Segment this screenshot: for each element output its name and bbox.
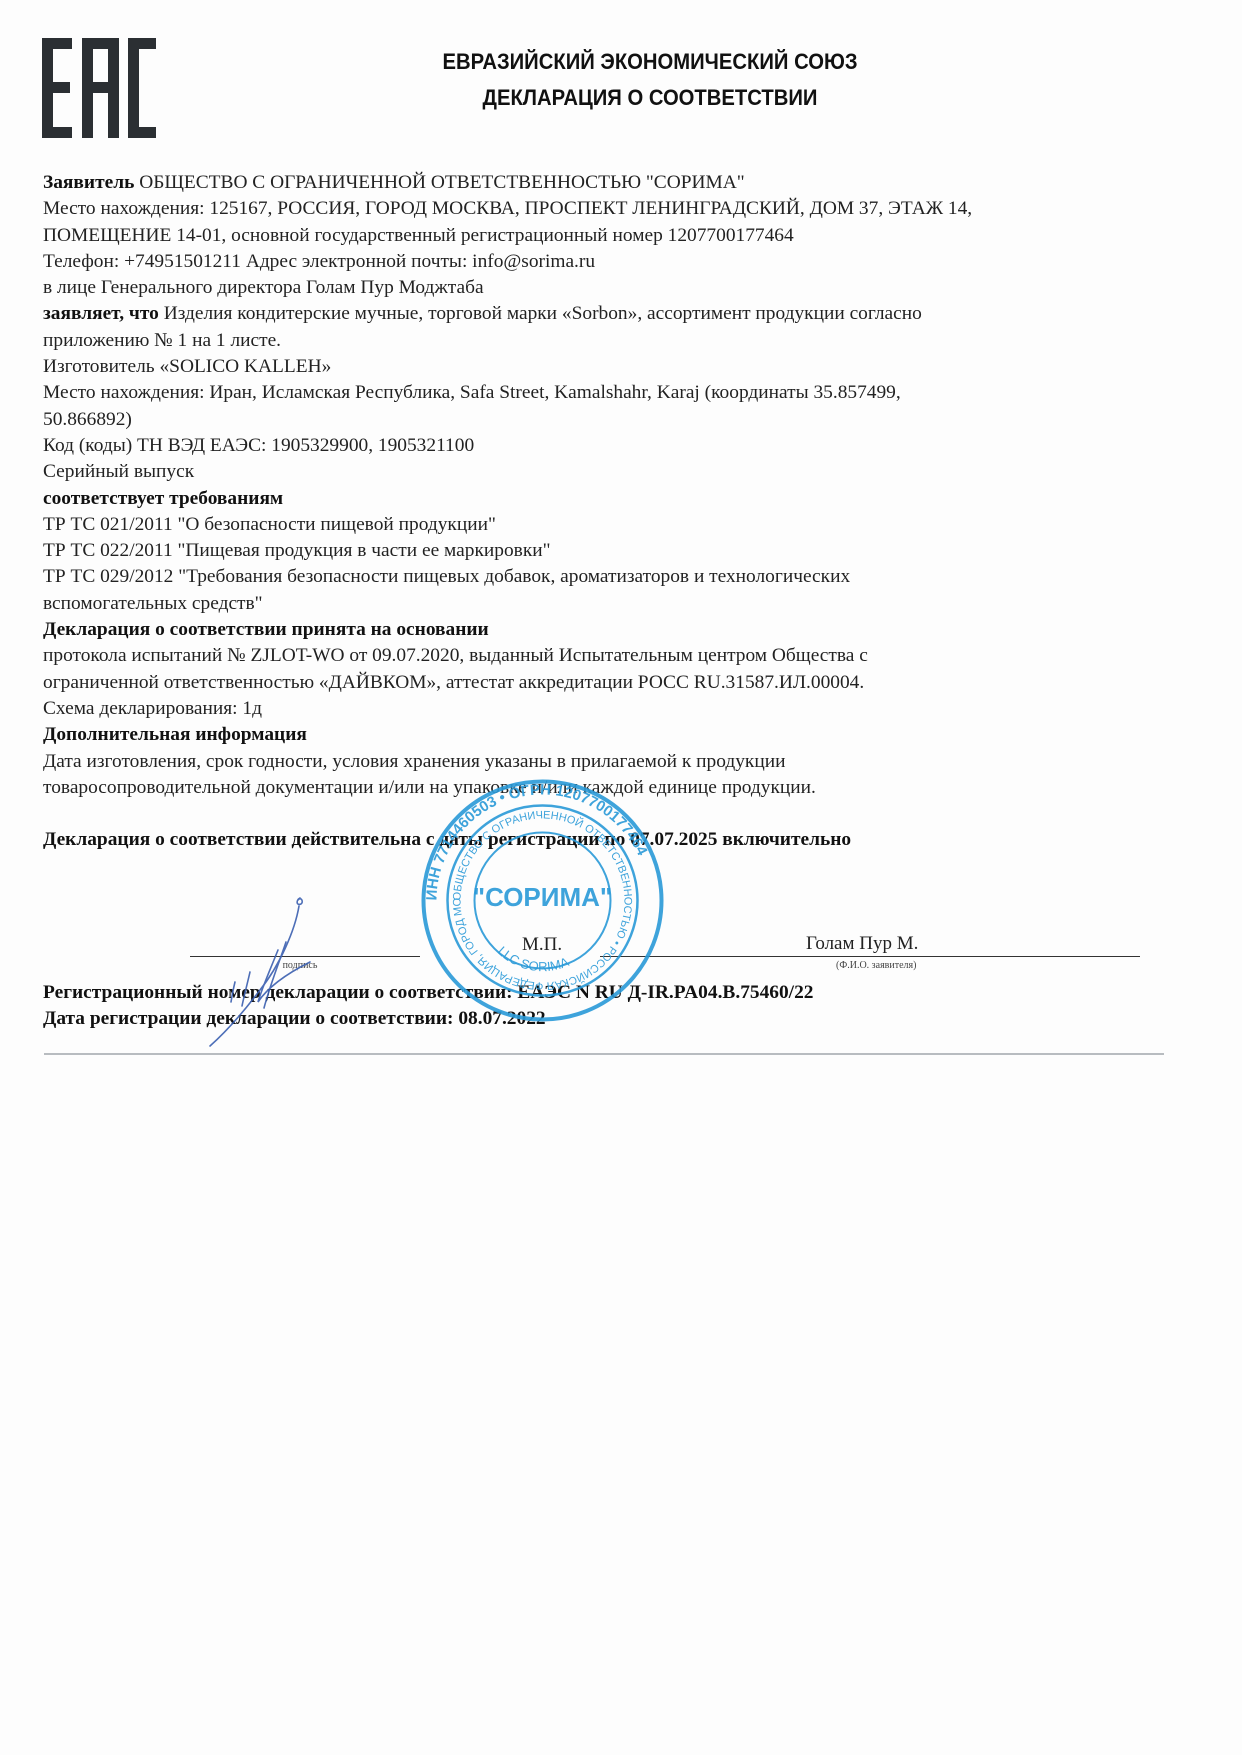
handwritten-signature-icon (200, 890, 330, 1050)
applicant-name: ОБЩЕСТВО С ОГРАНИЧЕННОЙ ОТВЕТСТВЕННОСТЬЮ… (134, 172, 744, 193)
declares-line: заявляет, что Изделия кондитерские мучны… (43, 301, 1183, 327)
product-description-2: приложению № 1 на 1 листе. (43, 328, 1183, 354)
header-union-title: ЕВРАЗИЙСКИЙ ЭКОНОМИЧЕСКИЙ СОЮЗ (356, 44, 945, 80)
declares-label: заявляет, что (43, 303, 159, 324)
release-type: Серийный выпуск (43, 459, 1183, 485)
stamp-bottom-text: LLC SORIMA (495, 943, 571, 974)
signer-name: Голам Пур М. (806, 933, 918, 955)
declaration-body: Заявитель ОБЩЕСТВО С ОГРАНИЧЕННОЙ ОТВЕТС… (43, 170, 1183, 853)
declaration-scheme: Схема декларирования: 1д (43, 696, 1183, 722)
manufacturer-address-2: 50.866892) (43, 407, 1183, 433)
basis-label: Декларация о соответствии принята на осн… (43, 617, 1183, 643)
stamp-center-text: "СОРИМА" (473, 882, 612, 912)
requirement-item: ТР ТС 021/2011 "О безопасности пищевой п… (43, 512, 1183, 538)
product-description: Изделия кондитерские мучные, торговой ма… (159, 303, 922, 324)
manufacturer-name: Изготовитель «SOLICO KALLEH» (43, 354, 1183, 380)
requirement-item: вспомогательных средств" (43, 591, 1183, 617)
applicant-address-1: Место нахождения: 125167, РОССИЯ, ГОРОД … (43, 196, 1183, 222)
bottom-divider (44, 1053, 1164, 1055)
applicant-label: Заявитель (43, 172, 134, 193)
signer-caption: (Ф.И.О. заявителя) (836, 960, 916, 971)
basis-protocol-1: протокола испытаний № ZJLOT-WO от 09.07.… (43, 643, 1183, 669)
company-seal-stamp-icon: ИНН 7714460503 • ОГРН 1207700177464 ОБЩЕ… (420, 778, 665, 1023)
signer-name-line (600, 956, 1140, 957)
additional-info-label: Дополнительная информация (43, 722, 1183, 748)
basis-protocol-2: ограниченной ответственностью «ДАЙВКОМ»,… (43, 670, 1183, 696)
applicant-representative: в лице Генерального директора Голам Пур … (43, 275, 1183, 301)
manufacturer-address-1: Место нахождения: Иран, Исламская Респуб… (43, 380, 1183, 406)
document-header: ЕВРАЗИЙСКИЙ ЭКОНОМИЧЕСКИЙ СОЮЗ ДЕКЛАРАЦИ… (330, 44, 970, 116)
svg-text:LLC SORIMA: LLC SORIMA (495, 943, 571, 974)
additional-info-1: Дата изготовления, срок годности, услови… (43, 749, 1183, 775)
header-document-title: ДЕКЛАРАЦИЯ О СООТВЕТСТВИИ (356, 80, 945, 116)
applicant-contacts: Телефон: +74951501211 Адрес электронной … (43, 249, 1183, 275)
requirement-item: ТР ТС 029/2012 "Требования безопасности … (43, 564, 1183, 590)
requirements-label: соответствует требованиям (43, 486, 1183, 512)
applicant-line: Заявитель ОБЩЕСТВО С ОГРАНИЧЕННОЙ ОТВЕТС… (43, 170, 1183, 196)
tn-ved-codes: Код (коды) ТН ВЭД ЕАЭС: 1905329900, 1905… (43, 433, 1183, 459)
requirement-item: ТР ТС 022/2011 "Пищевая продукция в част… (43, 538, 1183, 564)
declaration-page: ЕВРАЗИЙСКИЙ ЭКОНОМИЧЕСКИЙ СОЮЗ ДЕКЛАРАЦИ… (0, 0, 1242, 1755)
applicant-address-2: ПОМЕЩЕНИЕ 14-01, основной государственны… (43, 223, 1183, 249)
eac-mark-icon (40, 38, 158, 138)
